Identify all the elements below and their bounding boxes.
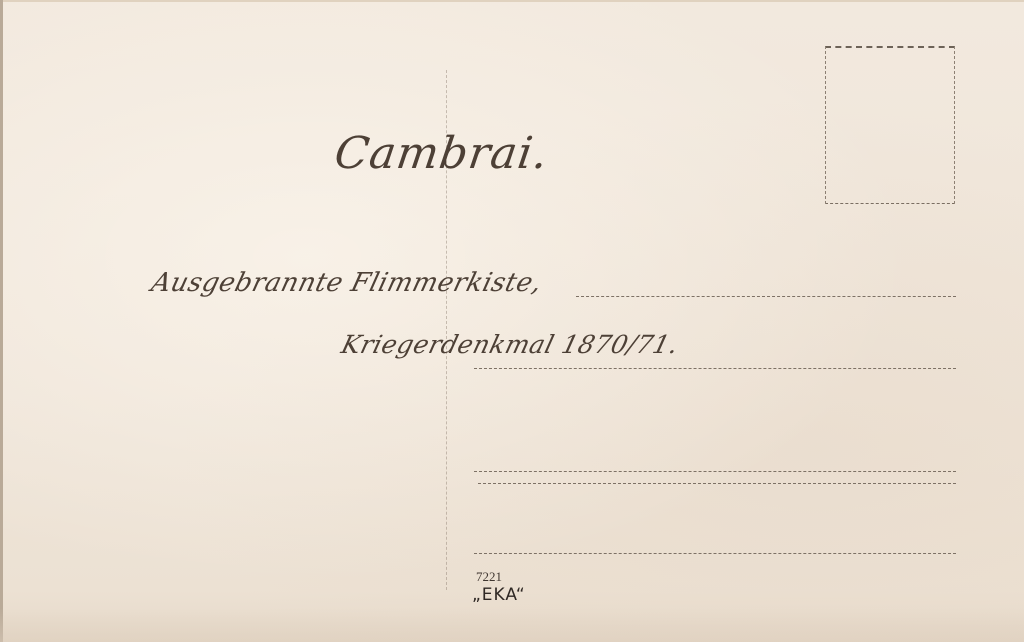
handwritten-caption-line-1: Ausgebrannte Flimmerkiste, bbox=[148, 268, 545, 298]
address-line-4 bbox=[478, 483, 956, 484]
handwritten-location: Cambrai. bbox=[331, 128, 551, 179]
address-line-2 bbox=[474, 368, 956, 369]
postcard-back: Cambrai. Ausgebrannte Flimmerkiste, Krie… bbox=[0, 0, 1024, 642]
handwritten-caption-line-2: Kriegerdenkmal 1870/71. bbox=[338, 330, 681, 359]
stamp-placeholder-box bbox=[825, 46, 955, 204]
address-line-1 bbox=[576, 296, 956, 297]
paper-edge-shading bbox=[0, 608, 1024, 642]
catalog-number: 7221 bbox=[476, 569, 502, 585]
publisher-mark: „EKA“ bbox=[472, 585, 526, 605]
address-line-3 bbox=[474, 471, 956, 472]
address-line-5 bbox=[474, 553, 956, 554]
